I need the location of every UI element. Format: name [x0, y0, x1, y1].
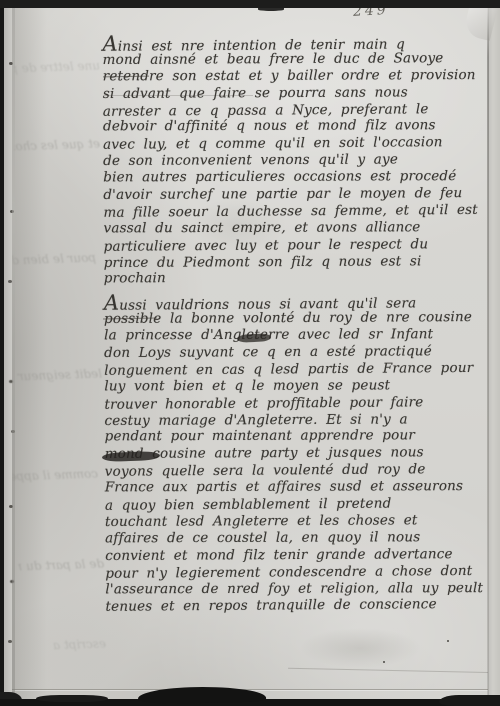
page-fore-edge — [488, 0, 500, 706]
scan-border-blob — [36, 695, 108, 702]
page-edge-line — [487, 0, 489, 706]
manuscript-line: trouver honorable et proffitable pour fa… — [104, 394, 486, 414]
binding-edge — [4, 0, 12, 706]
manuscript-line: prochain — [104, 270, 486, 288]
scan-border-top — [0, 0, 500, 8]
manuscript-line: Aussi vauldrions nous si avant qu'il ser… — [104, 292, 486, 312]
manuscript-line: Ainsi est nre intention de tenir main q — [102, 33, 484, 53]
manuscript-line: touchant lesd Angleterre et les choses e… — [105, 512, 487, 531]
bleedthrough-fragment: ledit seigneur et — [16, 367, 102, 384]
manuscript-paragraph: Ainsi est nre intention de tenir main qm… — [102, 33, 485, 288]
bleedthrough-fragment: de la part du roy — [18, 557, 104, 574]
manuscript-line: particuliere avec luy et pour le respect… — [104, 235, 486, 255]
manuscript-line: la princesse d'Angleterre avec led sr In… — [104, 326, 486, 344]
scan-border-blob — [439, 695, 500, 706]
bleedthrough-fragment: pour le bien de — [10, 251, 96, 268]
manuscript-line: l'asseurance de nred foy et religion, al… — [105, 580, 487, 598]
manuscript-text: Ainsi est nre intention de tenir main qm… — [102, 33, 487, 615]
manuscript-scan: une lettre de par et que les choses pour… — [0, 0, 500, 706]
bleedthrough-fragment: une lettre de par — [14, 59, 100, 76]
paper-stain — [300, 628, 420, 668]
manuscript-line: avec luy, et q comme qu'il en soit l'occ… — [103, 134, 485, 154]
manuscript-line: a quoy bien semblablement il pretend — [105, 495, 487, 515]
manuscript-line: si advant que faire se pourra sans nous — [103, 84, 485, 103]
manuscript-line: bien autres particulieres occasions est … — [103, 168, 485, 186]
underline-flourish — [103, 95, 253, 96]
page-fold-line — [12, 0, 15, 706]
manuscript-line: pendant pour maintenant apprendre pour — [105, 428, 487, 446]
manuscript-line: vassal du sainct empire, et avons allian… — [103, 219, 485, 237]
manuscript-line: convient et mond filz tenir grande adver… — [105, 546, 487, 565]
manuscript-line: France aux partis et affaires susd et as… — [105, 478, 487, 496]
manuscript-line: d'avoir surchef une partie par le moyen … — [103, 185, 485, 204]
manuscript-paragraph: Aussi vauldrions nous si avant qu'il ser… — [104, 292, 488, 615]
paper-crease — [288, 668, 500, 673]
manuscript-line: debvoir d'affinité q nous et mond filz a… — [103, 117, 485, 135]
manuscript-line: tenues et en repos tranquille de conscie… — [105, 596, 487, 616]
manuscript-line: retendre son estat et y bailler ordre et… — [103, 67, 485, 85]
scan-border-left — [0, 0, 4, 706]
bleedthrough-fragment: comme il appert — [12, 467, 98, 484]
manuscript-line: luy vont bien et q le moyen se peust — [104, 377, 486, 395]
bleedthrough-fragment: escript a — [20, 637, 106, 654]
ink-speck — [383, 661, 385, 663]
manuscript-line: don Loys suyvant ce q en a esté practiqu… — [104, 343, 486, 362]
bleedthrough-fragment: et que les choses — [14, 137, 100, 154]
manuscript-line: affaires de ce coustel la, en quoy il no… — [105, 529, 487, 547]
gutter-shadow — [15, 0, 47, 706]
ink-speck — [447, 640, 449, 642]
